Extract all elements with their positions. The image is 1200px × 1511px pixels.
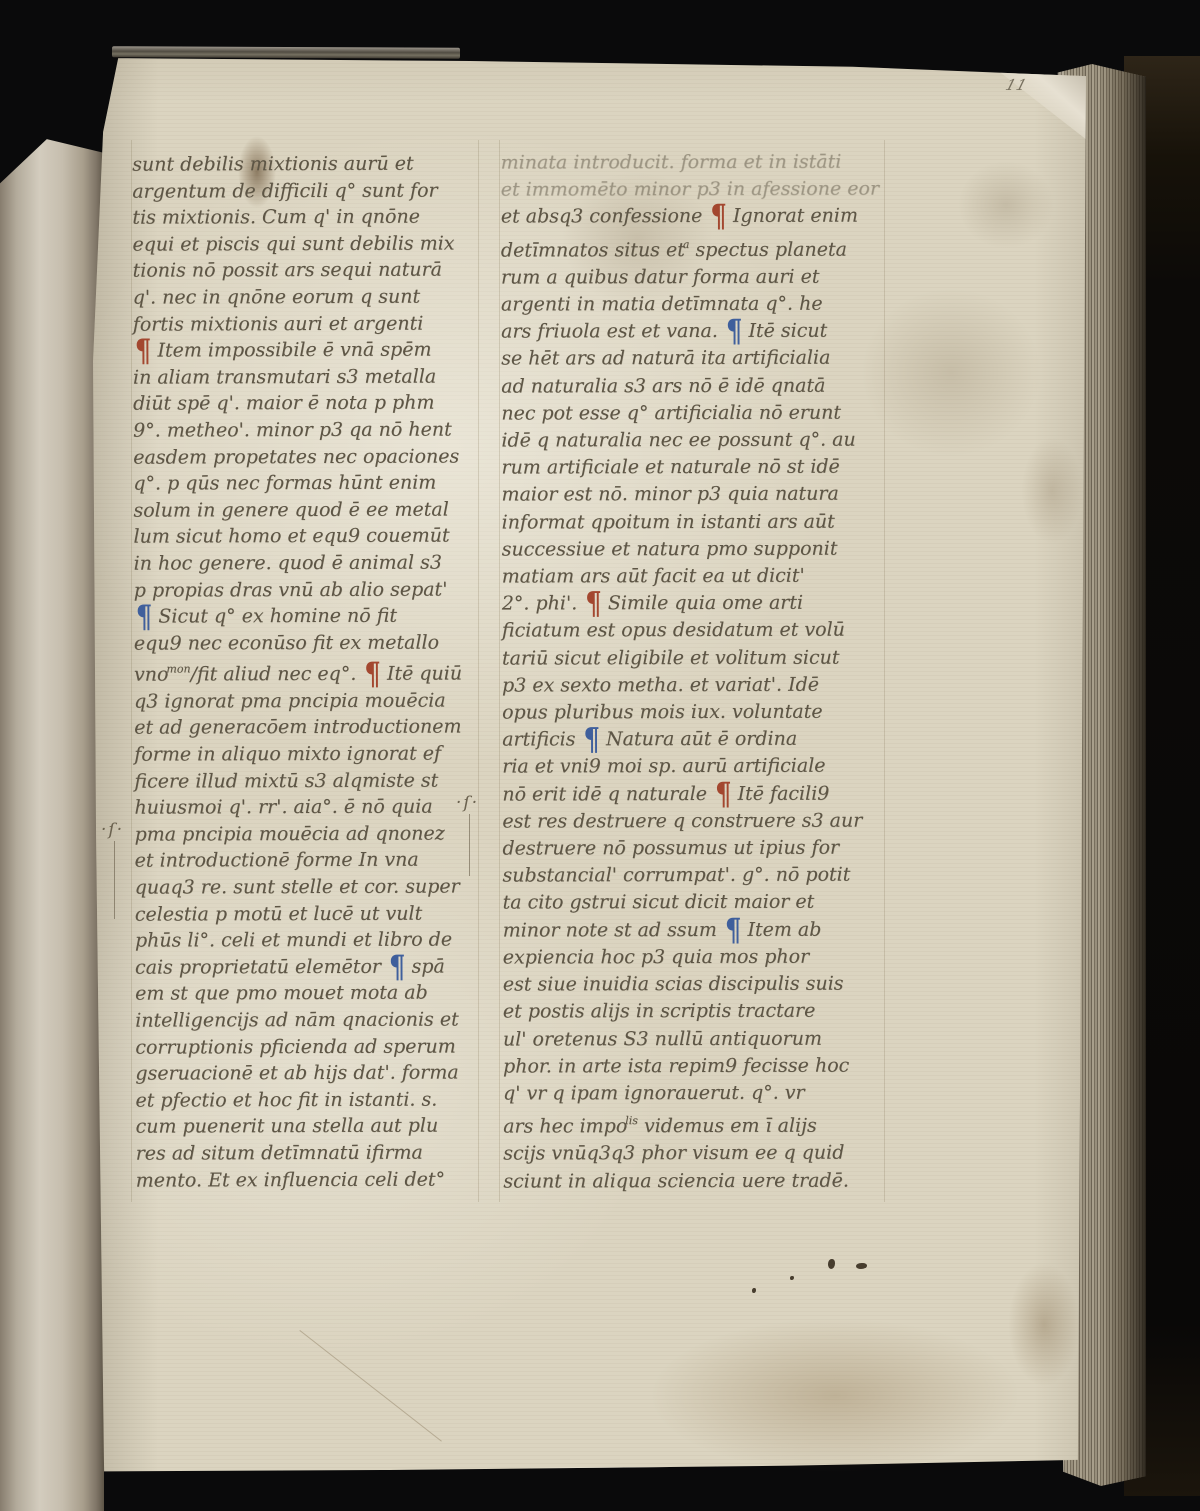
text-segment: ficere illud mixtū s3 alqmiste st bbox=[134, 769, 438, 792]
text-segment: ars friuola est et vana. bbox=[501, 320, 724, 343]
text-segment: successiue et natura pmo supponit bbox=[502, 537, 838, 560]
text-segment: celestia p motū et lucē ut vult bbox=[135, 902, 422, 925]
text-segment: ul' oretenus S3 nullū antiquorum bbox=[503, 1027, 822, 1050]
text-segment: fortis mixtionis auri et argenti bbox=[133, 312, 424, 335]
text-segment: tis mixtionis. Cum q' in qnōne bbox=[132, 206, 420, 229]
manuscript-line: cum puenerit una stella aut plu bbox=[136, 1113, 482, 1141]
text-segment: Itē quiū bbox=[387, 663, 462, 685]
manuscript-line: minor note st ad ssum ¶Item ab bbox=[503, 916, 885, 944]
manuscript-line: ars friuola est et vana. ¶Itē sicut bbox=[501, 318, 883, 346]
manuscript-line: substancial' corrumpat'. g°. nō potit bbox=[502, 862, 884, 890]
text-segment: ta cito gstrui sicut dicit maior et bbox=[503, 891, 815, 914]
manuscript-line: ficere illud mixtū s3 alqmiste st bbox=[134, 767, 480, 795]
interlinear-gloss: mon bbox=[166, 663, 190, 676]
text-segment: maior est nō. minor p3 quia natura bbox=[502, 483, 839, 506]
manuscript-line: p propias dras vnū ab alio sepat' bbox=[134, 576, 480, 604]
manuscript-line: ars hec impolis videmus em ī alijs bbox=[503, 1107, 885, 1141]
text-segment: substancial' corrumpat'. g°. nō potit bbox=[503, 864, 851, 887]
manuscript-line: ¶Sicut q° ex homine nō fit bbox=[134, 602, 480, 630]
text-segment: equi et piscis qui sunt debilis mix bbox=[132, 232, 454, 255]
text-column-right: minata introducit. forma et in istātiet … bbox=[501, 149, 886, 1196]
text-segment: phor. in arte ista repim9 fecisse hoc bbox=[503, 1054, 849, 1077]
manuscript-line: detīmnatos situs eta spectus planeta bbox=[501, 230, 883, 264]
manuscript-line: tis mixtionis. Cum q' in qnōne bbox=[132, 204, 478, 232]
text-segment: spā bbox=[412, 955, 445, 977]
manuscript-line: destruere nō possumus ut ipius for bbox=[502, 835, 884, 863]
text-segment: forme in aliquo mixto ignorat ef bbox=[134, 743, 441, 766]
manuscript-line: p3 ex sexto metha. et variat'. Idē bbox=[502, 671, 884, 699]
text-segment: expiencia hoc p3 quia mos phor bbox=[503, 946, 809, 969]
text-column-left: sunt debilis mixtionis aurū etargentum d… bbox=[132, 150, 482, 1193]
manuscript-line: se hēt ars ad naturā ita artificialia bbox=[501, 345, 883, 373]
manuscript-line: mento. Et ex influencia celi det° bbox=[136, 1166, 482, 1194]
text-segment: idē q naturalia nec ee possunt q°. au bbox=[501, 429, 855, 452]
text-segment: cum puenerit una stella aut plu bbox=[136, 1115, 439, 1138]
manuscript-line: sunt debilis mixtionis aurū et bbox=[132, 150, 478, 178]
text-segment: huiusmoi q'. rr'. aia°. ē nō quia bbox=[134, 796, 432, 819]
text-segment: q' vr q ipam ignorauerut. q°. vr bbox=[503, 1082, 805, 1105]
manuscript-line: ria et vni9 moi sp. aurū artificiale bbox=[502, 753, 884, 781]
manuscript-line: lum sicut homo et equ9 couemūt bbox=[133, 523, 479, 551]
text-segment: /fit aliud nec eq°. bbox=[191, 663, 363, 686]
manuscript-line: tionis nō possit ars sequi naturā bbox=[133, 257, 479, 285]
manuscript-line: idē q naturalia nec ee possunt q°. au bbox=[501, 427, 883, 455]
text-segment: est siue inuidia scias discipulis suis bbox=[503, 973, 844, 996]
manuscript-line: nec pot esse q° artificialia nō erunt bbox=[501, 399, 883, 427]
text-segment: diūt spē q'. maior ē nota p phm bbox=[133, 392, 434, 415]
manuscript-line: q°. p qūs nec formas hūnt enim bbox=[133, 470, 479, 498]
text-segment: in hoc genere. quod ē animal s3 bbox=[134, 551, 442, 574]
manuscript-line: rum artificiale et naturale nō st idē bbox=[501, 454, 883, 482]
manuscript-line: quaq3 re. sunt stelle et cor. super bbox=[135, 873, 481, 901]
manuscript-line: phūs li°. celi et mundi et libro de bbox=[135, 927, 481, 955]
text-segment: spectus planeta bbox=[689, 238, 847, 260]
text-segment: cais proprietatū elemētor bbox=[135, 956, 387, 979]
manuscript-line: tariū sicut eligibile et volitum sicut bbox=[502, 644, 884, 672]
text-segment: Item ab bbox=[747, 918, 821, 940]
manuscript-line: ad naturalia s3 ars nō ē idē qnatā bbox=[501, 372, 883, 400]
text-segment: videmus em ī alijs bbox=[638, 1115, 817, 1137]
text-segment: q'. nec in qnōne eorum q sunt bbox=[133, 286, 421, 309]
manuscript-line: et postis alijs in scriptis tractare bbox=[503, 998, 885, 1026]
text-segment: quaq3 re. sunt stelle et cor. super bbox=[135, 875, 460, 898]
text-segment: matiam ars aūt facit ea ut dicit' bbox=[502, 565, 805, 588]
text-segment: in aliam transmutari s3 metalla bbox=[133, 365, 436, 388]
text-segment: equ9 nec econūso fit ex metallo bbox=[134, 631, 439, 654]
text-segment: Item impossibile ē vnā spēm bbox=[157, 339, 431, 362]
text-segment: opus pluribus mois iux. voluntate bbox=[502, 701, 823, 724]
text-segment: est res destruere q construere s3 aur bbox=[502, 809, 862, 832]
text-segment: nō erit idē q naturale bbox=[502, 783, 713, 806]
text-segment: minor note st ad ssum bbox=[503, 919, 723, 942]
manuscript-photo: sunt debilis mixtionis aurū etargentum d… bbox=[0, 0, 1200, 1511]
manuscript-line: 9°. metheo'. minor p3 qa nō hent bbox=[133, 416, 479, 444]
text-segment: et introductionē forme In vna bbox=[135, 849, 419, 872]
manuscript-line: forme in aliquo mixto ignorat ef bbox=[134, 740, 480, 768]
text-segment: informat qpoitum in istanti ars aūt bbox=[502, 510, 835, 533]
manuscript-line: equ9 nec econūso fit ex metallo bbox=[134, 629, 480, 657]
manuscript-line: intelligencijs ad nām qnacionis et bbox=[135, 1006, 481, 1034]
text-segment: lum sicut homo et equ9 couemūt bbox=[133, 525, 449, 548]
manuscript-line: res ad situm detīmnatū ifirma bbox=[136, 1139, 482, 1167]
text-segment: et postis alijs in scriptis tractare bbox=[503, 1000, 816, 1023]
manuscript-line: et ad generacōem introductionem bbox=[134, 714, 480, 742]
text-segment: mento. Et ex influencia celi det° bbox=[136, 1168, 445, 1191]
text-segment: Ignorat enim bbox=[733, 205, 858, 227]
manuscript-line: opus pluribus mois iux. voluntate bbox=[502, 699, 884, 727]
manuscript-line: equi et piscis qui sunt debilis mix bbox=[132, 230, 478, 258]
text-segment: res ad situm detīmnatū ifirma bbox=[136, 1142, 423, 1165]
text-segment: argenti in matia detīmnata q°. he bbox=[501, 293, 823, 316]
ruling-line bbox=[499, 140, 500, 1202]
manuscript-line: matiam ars aūt facit ea ut dicit' bbox=[502, 563, 884, 591]
manuscript-line: in hoc genere. quod ē animal s3 bbox=[134, 549, 480, 577]
manuscript-line: ¶Item impossibile ē vnā spēm bbox=[133, 337, 479, 365]
text-segment: pma pncipia mouēcia ad qnonez bbox=[135, 822, 445, 845]
text-segment: vno bbox=[134, 664, 168, 686]
text-segment: minata introducit. forma et in istāti bbox=[501, 151, 842, 174]
manuscript-line: ficiatum est opus desidatum et volū bbox=[502, 617, 884, 645]
manuscript-line: minata introducit. forma et in istāti bbox=[501, 149, 883, 177]
manuscript-line: pma pncipia mouēcia ad qnonez bbox=[135, 820, 481, 848]
text-segment: phūs li°. celi et mundi et libro de bbox=[135, 929, 452, 952]
text-segment: sunt debilis mixtionis aurū et bbox=[132, 153, 413, 176]
manuscript-line: rum a quibus datur forma auri et bbox=[501, 263, 883, 291]
text-segment: rum artificiale et naturale nō st idē bbox=[501, 456, 839, 479]
manuscript-line: huiusmoi q'. rr'. aia°. ē nō quia bbox=[134, 794, 480, 822]
text-segment: Simile quia ome arti bbox=[608, 592, 803, 615]
text-segment: Itē facili9 bbox=[738, 782, 830, 804]
margin-nota-mark-right: ·ſ· bbox=[456, 793, 479, 813]
text-segment: em st que pmo mouet mota ab bbox=[135, 982, 428, 1005]
manuscript-line: argenti in matia detīmnata q°. he bbox=[501, 291, 883, 319]
manuscript-line: et introductionē forme In vna bbox=[135, 847, 481, 875]
text-segment: rum a quibus datur forma auri et bbox=[501, 265, 820, 288]
text-segment: et ad generacōem introductionem bbox=[134, 716, 461, 739]
text-segment: argentum de difficili q° sunt for bbox=[132, 179, 437, 202]
top-page-edge-strip bbox=[112, 46, 460, 59]
text-segment: p3 ex sexto metha. et variat'. Idē bbox=[502, 674, 819, 697]
manuscript-line: in aliam transmutari s3 metalla bbox=[133, 363, 479, 391]
manuscript-line: q3 ignorat pma pncipia mouēcia bbox=[134, 687, 480, 715]
text-segment: 9°. metheo'. minor p3 qa nō hent bbox=[133, 418, 452, 441]
text-segment: et immomēto minor p3 in afessione eor bbox=[501, 178, 879, 201]
manuscript-line: vnomon/fit aliud nec eq°. ¶Itē quiū bbox=[134, 656, 480, 689]
manuscript-line: sciunt in aliqua sciencia uere tradē. bbox=[503, 1167, 885, 1195]
manuscript-line: ul' oretenus S3 nullū antiquorum bbox=[503, 1025, 885, 1053]
manuscript-line: et pfectio et hoc fit in istanti. s. bbox=[135, 1086, 481, 1114]
manuscript-line: phor. in arte ista repim9 fecisse hoc bbox=[503, 1052, 885, 1080]
text-segment: q3 ignorat pma pncipia mouēcia bbox=[134, 689, 446, 712]
text-segment: Itē sicut bbox=[748, 320, 827, 342]
manuscript-line: 2°. phi'. ¶Simile quia ome arti bbox=[502, 590, 884, 618]
interlinear-gloss: lis bbox=[625, 1114, 638, 1127]
margin-nota-mark-left: ·ſ· bbox=[101, 820, 124, 840]
manuscript-line: est siue inuidia scias discipulis suis bbox=[503, 971, 885, 999]
text-segment: easdem propetates nec opaciones bbox=[133, 445, 459, 468]
manuscript-line: diūt spē q'. maior ē nota p phm bbox=[133, 390, 479, 418]
manuscript-line: et immomēto minor p3 in afessione eor bbox=[501, 176, 883, 204]
text-segment: corruptionis pficienda ad sperum bbox=[135, 1035, 456, 1058]
manuscript-line: fortis mixtionis auri et argenti bbox=[133, 310, 479, 338]
text-segment: 2°. phi'. bbox=[502, 593, 584, 615]
manuscript-line: informat qpoitum in istanti ars aūt bbox=[502, 508, 884, 536]
text-segment: ria et vni9 moi sp. aurū artificiale bbox=[502, 755, 825, 778]
text-segment: sciunt in aliqua sciencia uere tradē. bbox=[503, 1169, 849, 1192]
text-segment: se hēt ars ad naturā ita artificialia bbox=[501, 347, 830, 370]
text-segment: scijs vnūq3q3 phor visum ee q quid bbox=[503, 1142, 844, 1165]
manuscript-line: celestia p motū et lucē ut vult bbox=[135, 900, 481, 928]
manuscript-line: easdem propetates nec opaciones bbox=[133, 443, 479, 471]
text-segment: solum in genere quod ē ee metal bbox=[133, 498, 448, 521]
text-segment: destruere nō possumus ut ipius for bbox=[502, 837, 839, 860]
underlying-page-edge bbox=[0, 128, 104, 1511]
text-segment: q°. p qūs nec formas hūnt enim bbox=[133, 472, 436, 495]
text-segment: Natura aūt ē ordina bbox=[606, 728, 797, 751]
text-segment: gseruacionē et ab hijs dat'. forma bbox=[135, 1062, 458, 1085]
manuscript-line: gseruacionē et ab hijs dat'. forma bbox=[135, 1060, 481, 1088]
manuscript-line: scijs vnūq3q3 phor visum ee q quid bbox=[503, 1140, 885, 1168]
text-segment: intelligencijs ad nām qnacionis et bbox=[135, 1008, 459, 1031]
text-segment: artificis bbox=[502, 729, 581, 751]
text-segment: nec pot esse q° artificialia nō erunt bbox=[501, 401, 841, 424]
text-segment: ars hec impo bbox=[503, 1115, 627, 1137]
manuscript-line: artificis ¶Natura aūt ē ordina bbox=[502, 726, 884, 754]
manuscript-line: q'. nec in qnōne eorum q sunt bbox=[133, 283, 479, 311]
manuscript-line: nō erit idē q naturale ¶Itē facili9 bbox=[502, 780, 884, 808]
text-segment: Sicut q° ex homine nō fit bbox=[158, 605, 397, 628]
manuscript-line: ta cito gstrui sicut dicit maior et bbox=[503, 889, 885, 917]
manuscript-line: expiencia hoc p3 quia mos phor bbox=[503, 943, 885, 971]
manuscript-line: et absq3 confessione ¶Ignorat enim bbox=[501, 203, 883, 231]
text-segment: p propias dras vnū ab alio sepat' bbox=[134, 578, 448, 601]
text-segment: tariū sicut eligibile et volitum sicut bbox=[502, 646, 840, 669]
manuscript-line: em st que pmo mouet mota ab bbox=[135, 980, 481, 1008]
manuscript-line: cais proprietatū elemētor ¶spā bbox=[135, 953, 481, 981]
manuscript-line: solum in genere quod ē ee metal bbox=[133, 496, 479, 524]
text-segment: et pfectio et hoc fit in istanti. s. bbox=[135, 1088, 437, 1111]
text-segment: tionis nō possit ars sequi naturā bbox=[133, 259, 442, 282]
text-segment: detīmnatos situs et bbox=[501, 239, 685, 261]
text-segment: et absq3 confessione bbox=[501, 205, 709, 228]
manuscript-line: successiue et natura pmo supponit bbox=[502, 535, 884, 563]
text-segment: ad naturalia s3 ars nō ē idē qnatā bbox=[501, 374, 825, 397]
manuscript-line: est res destruere q construere s3 aur bbox=[502, 807, 884, 835]
manuscript-line: argentum de difficili q° sunt for bbox=[132, 177, 478, 205]
manuscript-line: maior est nō. minor p3 quia natura bbox=[502, 481, 884, 509]
text-segment: ficiatum est opus desidatum et volū bbox=[502, 619, 845, 642]
manuscript-line: q' vr q ipam ignorauerut. q°. vr bbox=[503, 1079, 885, 1107]
manuscript-line: corruptionis pficienda ad sperum bbox=[135, 1033, 481, 1061]
